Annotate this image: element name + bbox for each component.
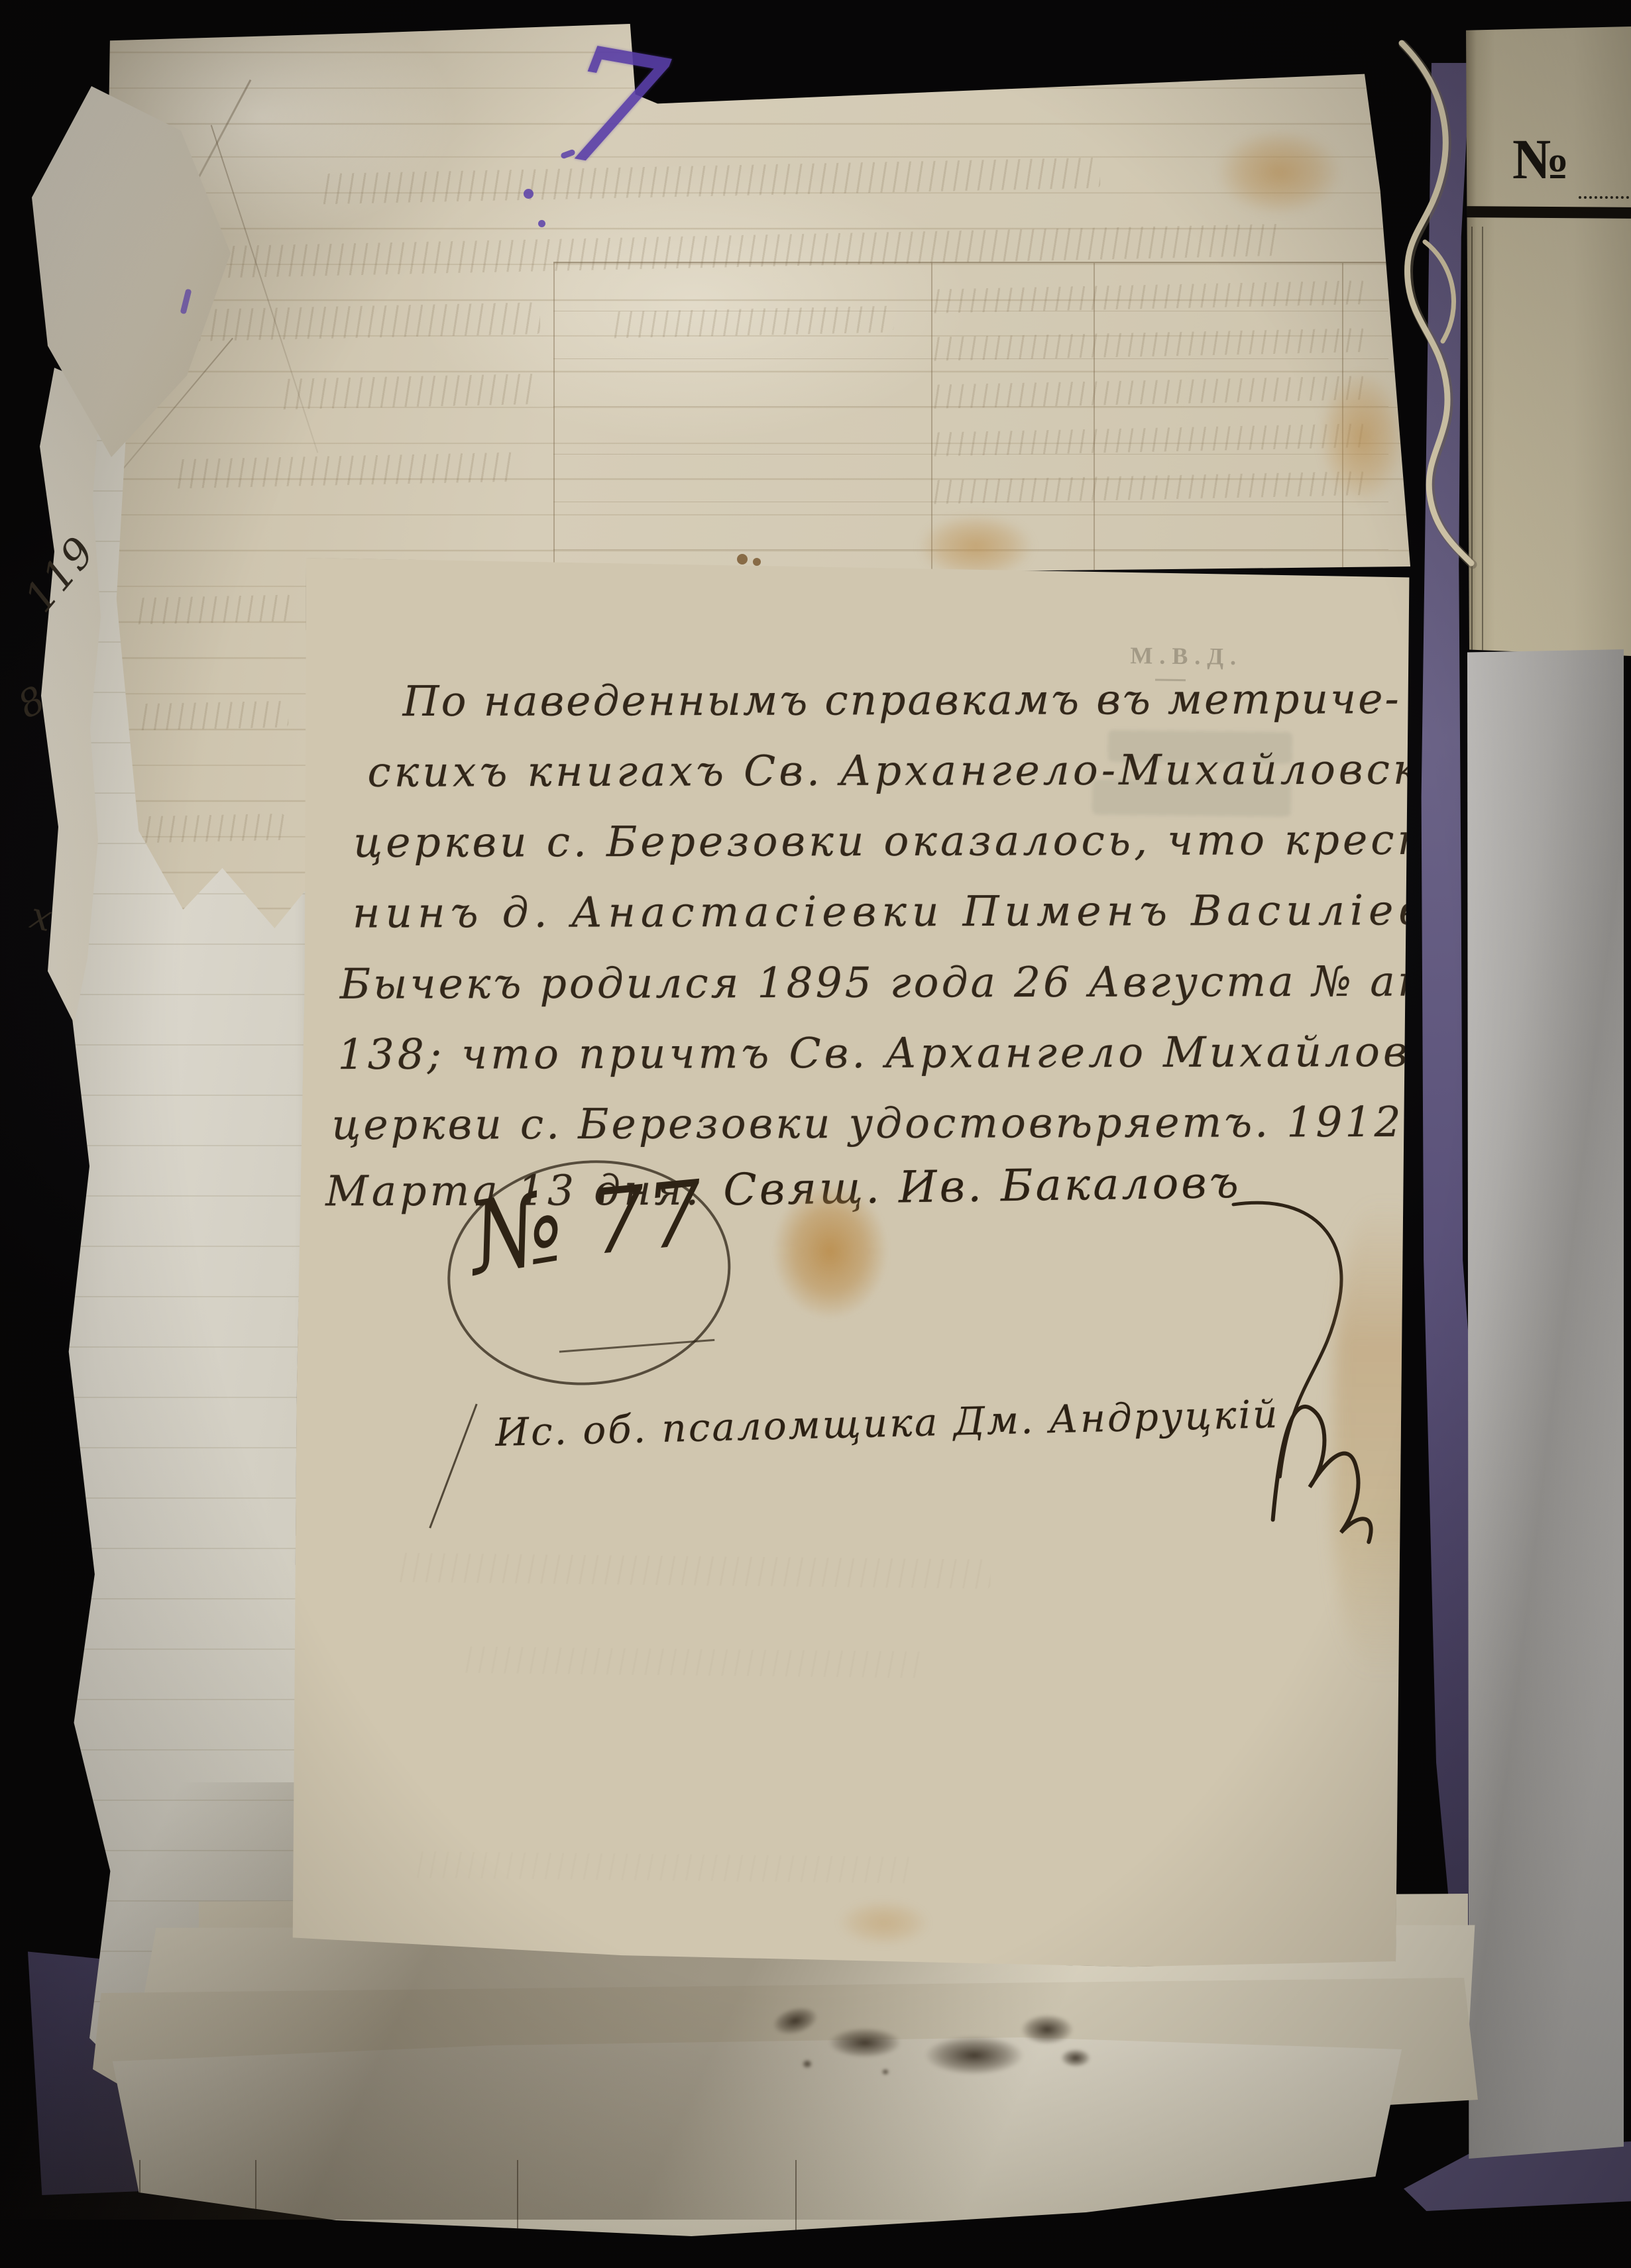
table-column-line [1094,263,1095,580]
ink-smudge [802,2059,813,2069]
pen-stroke [429,1404,477,1529]
table-column-line [795,2160,797,2233]
ink-spot [737,554,748,565]
signature-flourish [1263,1374,1390,1560]
paper-stain [837,1899,930,1947]
certificate-text-line: церкви с. Березовки оказалось, что крест… [353,815,1515,867]
table-column-line [553,263,555,580]
ghost-writing [410,1851,914,1884]
certificate-text-line: церкви с. Березовки удостовѣряетъ. 1912 … [331,1097,1528,1149]
ink-smudge [828,2027,901,2058]
ink-smudge [925,2035,1024,2075]
card-number-label: № [1512,126,1571,192]
registry-number-label: № [461,1168,572,1297]
certificate-text-line: По наведеннымъ справкамъ въ метриче- [403,675,1401,726]
ghost-writing [459,1647,923,1678]
certificate-text-line: скихъ книгахъ Св. Архангело-Михайловской [367,745,1480,796]
ghost-letterhead: М.В.Д. [1130,641,1229,671]
paper-stain [1216,129,1342,215]
card-number-dotted-line [1579,196,1629,199]
ghost-writing [136,701,289,731]
table-column-line [255,2160,256,2233]
certificate-text-line: 138; что причтъ Св. Архангело Михайловск… [337,1027,1524,1079]
table-column-line [139,2160,141,2233]
ghost-writing [278,374,537,409]
ghost-writing [133,594,292,624]
pencil-dot [524,189,534,199]
certificate-sheet: М.В.Д. По наведеннымъ справкамъ въ метри… [290,558,1412,1970]
ink-smudge [1021,2014,1074,2045]
binding-string [1362,30,1501,593]
table-column-line [517,2160,518,2233]
ink-spot [753,558,761,566]
pencil-dot [538,220,545,227]
registry-number-value: 77 [585,1161,708,1275]
ink-stain [771,1183,889,1320]
ink-smudge [1060,2049,1091,2067]
ghost-writing [394,1553,990,1589]
archive-photo: № [0,0,1631,2268]
gray-sheet [1467,649,1624,2159]
certificate-text-line: нинъ д. Анастасіевки Пименъ Василіевъ [353,886,1461,937]
certificate-text-line: Бычекъ родился 1895 года 26 Августа № ак… [340,957,1495,1008]
ink-smudge [881,2069,889,2075]
clerk-signature: Ис. об. псаломщика Дм. Андруцкій [495,1391,1280,1455]
bottom-table-sheet [99,2037,1415,2236]
ghost-writing [139,814,286,843]
